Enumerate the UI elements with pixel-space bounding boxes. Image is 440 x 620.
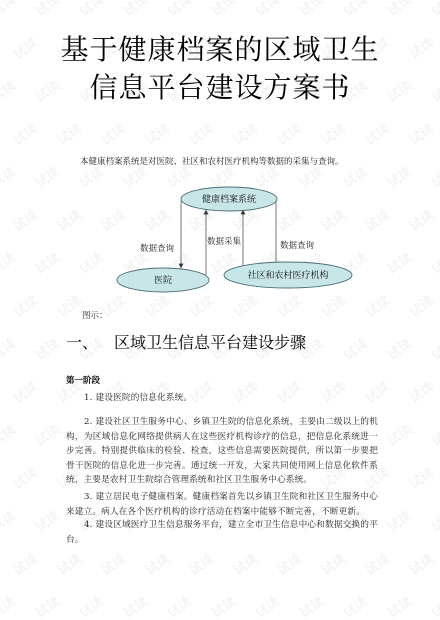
section-heading: 一、区域卫生信息平台建设步骤 bbox=[66, 330, 306, 353]
figure-caption: 图示： bbox=[82, 309, 108, 321]
left-node-label: 医院 bbox=[154, 275, 172, 286]
paragraph-3: 3. 建立居民电子健康档案。健康档案首先以乡镇卫生院和社区卫生服务中心来建立。病… bbox=[66, 490, 378, 519]
left-arrow-label: 数据查询 bbox=[140, 243, 175, 254]
paragraph-1: 1. 建设医院的信息化系统。 bbox=[66, 391, 378, 406]
right-node-label: 社区和农村医疗机构 bbox=[247, 269, 328, 281]
top-node-label: 健康档案系统 bbox=[202, 193, 256, 205]
section-title: 区域卫生信息平台建设步骤 bbox=[114, 333, 306, 352]
stage-heading: 第一阶段 bbox=[66, 374, 100, 386]
paragraph-4: 4. 建设区域医疗卫生信息服务平台，建立全市卫生信息中心和数据交换的平台。 bbox=[66, 518, 378, 547]
right-arrow-label: 数据查询 bbox=[280, 240, 315, 251]
paragraph-2: 2. 建设社区卫生服务中心、乡镇卫生院的信息化系统，主要由二级以上的机构，为区域… bbox=[66, 415, 378, 488]
section-number: 一、 bbox=[66, 330, 114, 353]
middle-arrow-label: 数据采集 bbox=[207, 236, 242, 247]
